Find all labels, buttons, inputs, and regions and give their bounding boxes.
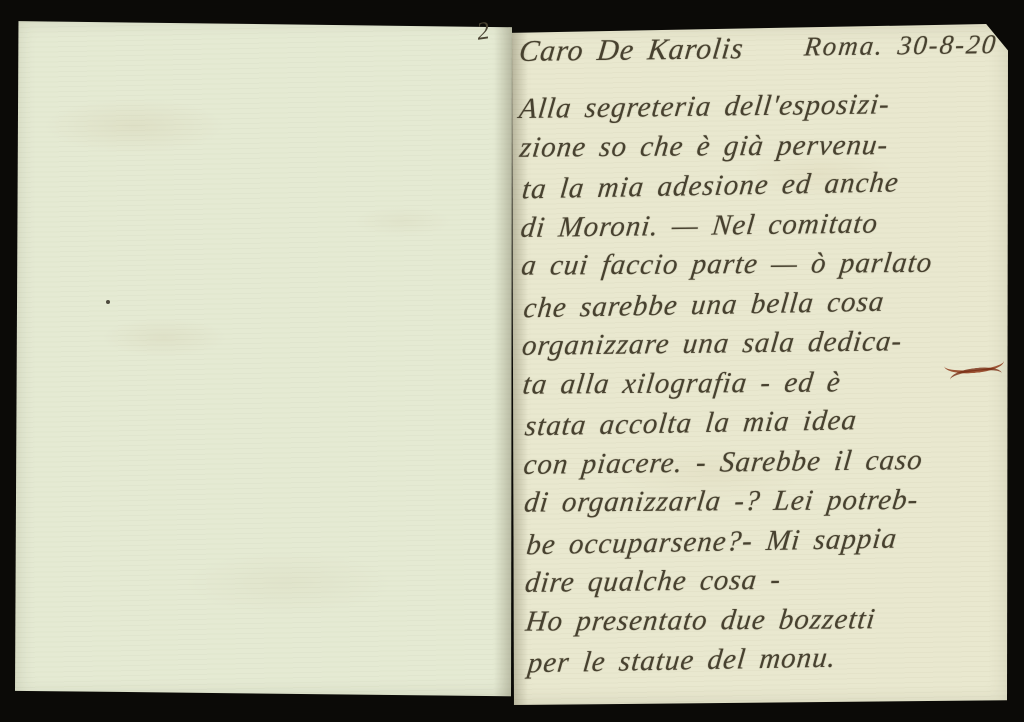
handwritten-line: Ho presentato due bozzetti <box>523 602 1005 645</box>
handwritten-line: a cui faccio parte — ò parlato <box>519 246 1001 289</box>
left-blank-page <box>15 17 512 699</box>
letter-body: Alla segreteria dell'esposizi- zione so … <box>519 87 1004 685</box>
page-number: 2 <box>475 17 491 46</box>
handwritten-line: Alla segreteria dell'esposizi- <box>517 87 999 132</box>
scanned-letter: Caro De Karolis Roma. 30-8-20 Alla segre… <box>0 0 1024 722</box>
handwritten-line: dire qualche cosa - <box>523 561 1005 606</box>
handwritten-line: zione so che è già pervenu- <box>517 128 999 171</box>
handwritten-line: per le statue del monu. <box>526 639 1008 687</box>
handwritten-line: di Moroni. — Nel comitato <box>518 206 1000 251</box>
ink-speck <box>106 300 110 304</box>
red-ink-mark <box>942 354 1008 390</box>
letter-text: Caro De Karolis Roma. 30-8-20 Alla segre… <box>518 29 1004 685</box>
handwritten-line: ta la mia adesione ed anche <box>520 165 1002 213</box>
handwritten-line: ta alla xilografia - ed è <box>520 365 1002 408</box>
handwritten-line: con piacere. - Sarebbe il caso <box>521 443 1003 488</box>
dateline: Roma. 30-8-20 <box>803 29 999 62</box>
handwritten-line: stata accolta la mia idea <box>523 402 1005 450</box>
letter-page: Caro De Karolis Roma. 30-8-20 Alla segre… <box>512 24 1008 705</box>
handwritten-line: organizzare una sala dedica- <box>520 324 1002 369</box>
handwritten-line: di organizzarla -? Lei potreb- <box>522 483 1004 526</box>
letter-heading: Caro De Karolis Roma. 30-8-20 <box>516 29 999 85</box>
salutation: Caro De Karolis <box>517 32 745 69</box>
